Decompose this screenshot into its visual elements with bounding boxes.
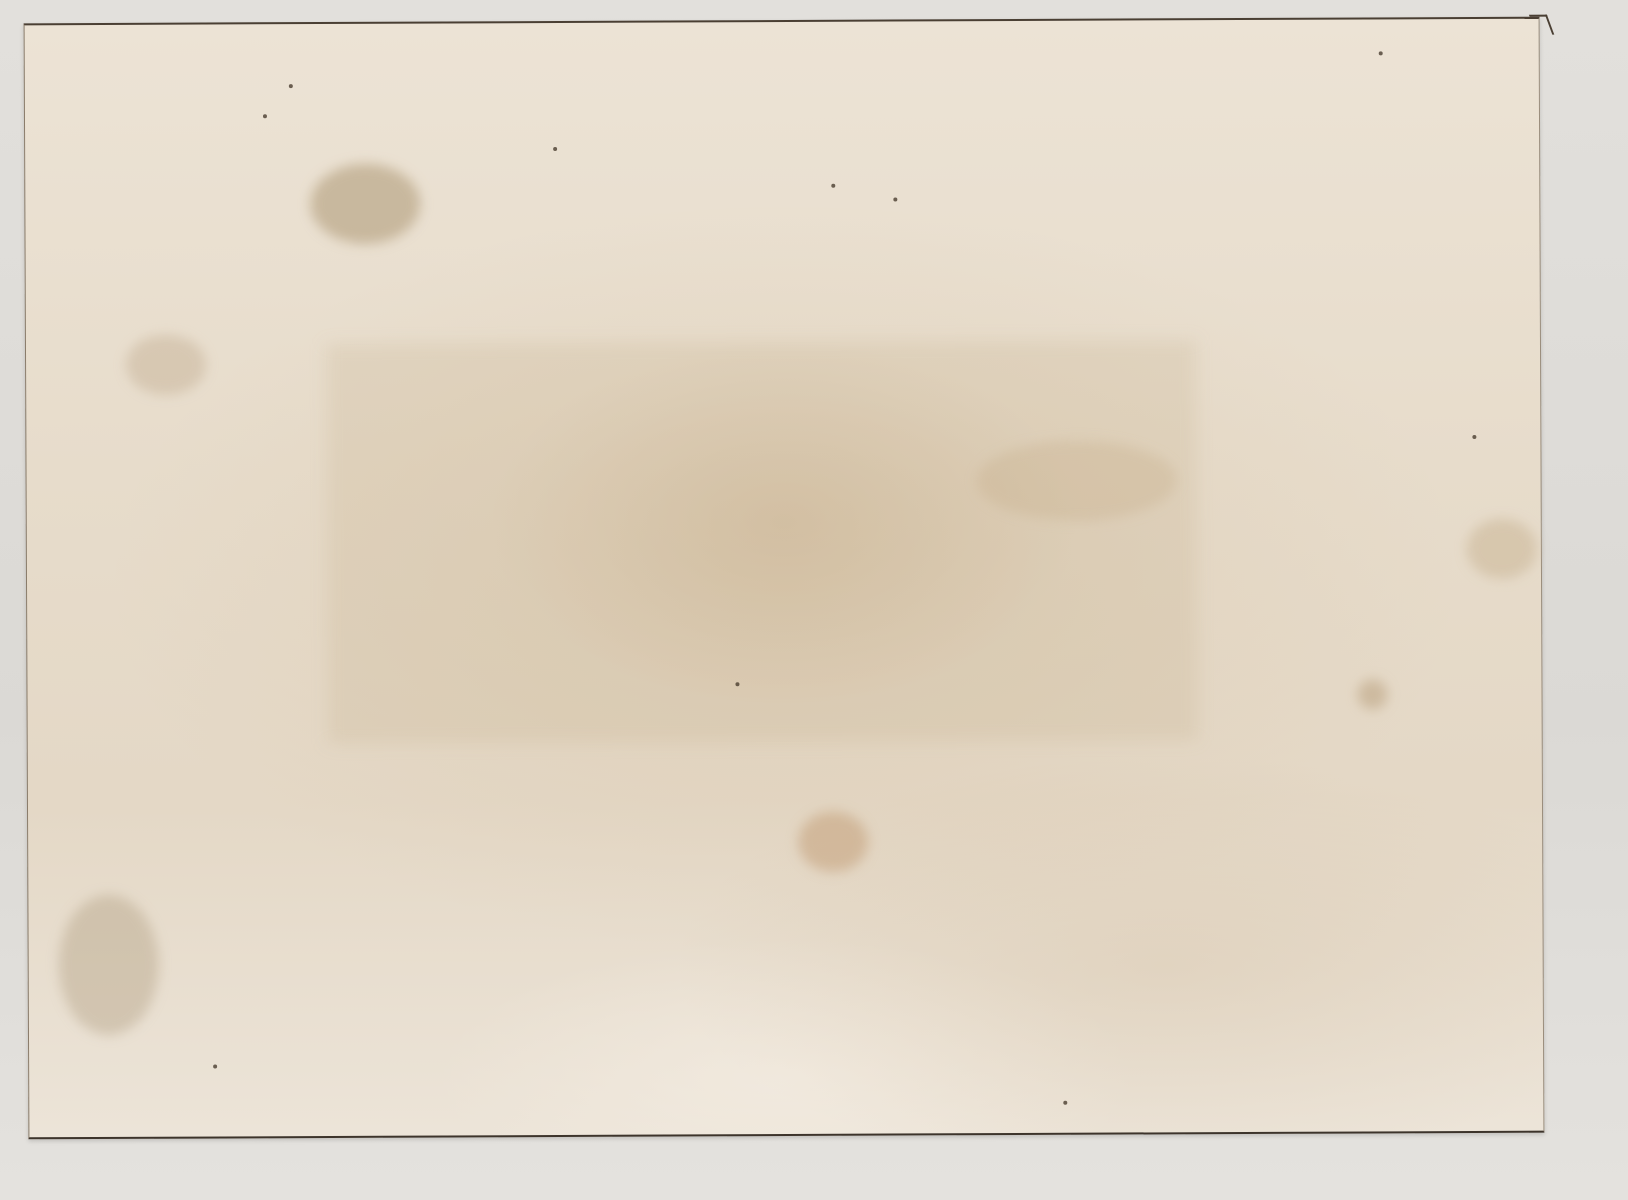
foxing-stain (798, 812, 868, 872)
speck (553, 147, 557, 151)
bent-corner (1529, 15, 1554, 35)
foxing-stain (1467, 519, 1537, 579)
aged-paper-sheet (24, 17, 1545, 1140)
speck (831, 184, 835, 188)
speck (1379, 51, 1383, 55)
photo-scene (0, 0, 1628, 1200)
speck (289, 84, 293, 88)
foxing-stain (126, 335, 206, 395)
foxing-stain (1357, 679, 1387, 709)
speck (893, 198, 897, 202)
plate-mark-impression (326, 340, 1198, 744)
speck (1472, 435, 1476, 439)
speck (213, 1064, 217, 1068)
speck (263, 114, 267, 118)
foxing-stain (58, 895, 159, 1035)
speck (1063, 1101, 1067, 1105)
foxing-stain (310, 164, 420, 244)
speck (735, 682, 739, 686)
